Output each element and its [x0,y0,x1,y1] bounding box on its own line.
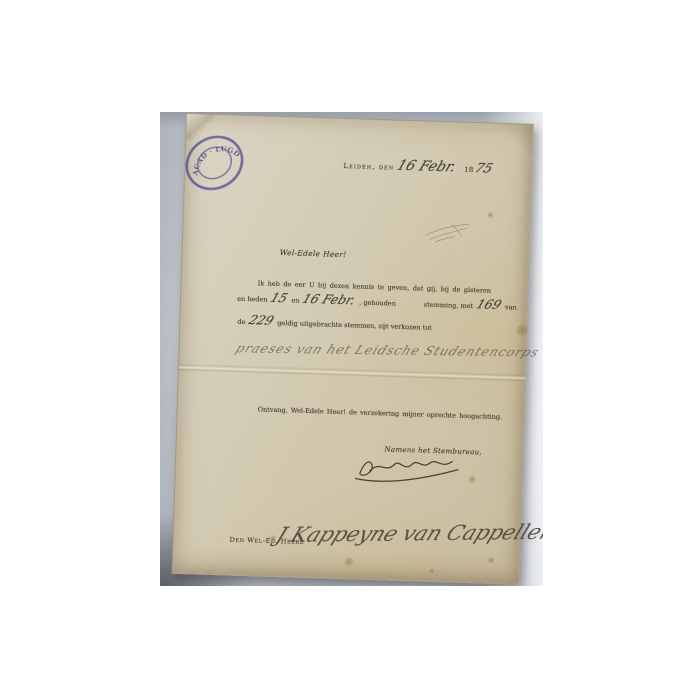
handwritten-date-16-febr: 16 Febr. [301,291,358,307]
foxing-spot [514,324,530,335]
foxing-spot [487,212,494,219]
blank-space [400,306,420,307]
body-text: en heden [237,295,268,304]
body-line-3: de 229 geldig uitgebrachte stemmen, zijt… [237,317,432,333]
foxing-spot [343,557,355,566]
dateline-year-handwritten: 75 [472,161,494,176]
body-line-1: Ik heb de eer U bij dezen kennis te geve… [258,279,492,294]
letter-paper: ACAD · LUGD · BAT ✦ Leiden, den 16 Febr.… [172,113,534,585]
letter-photograph: ACAD · LUGD · BAT ✦ Leiden, den 16 Febr.… [160,112,543,586]
handwritten-total-votes: 229 [247,312,276,328]
closing-line: Ontvang, Wel-Edele Heer! de verzekering … [258,405,503,421]
body-text: en [291,296,299,304]
addressee-name-handwritten: J Kappeyne van Cappellen [273,520,543,547]
body-text: geldig uitgebrachte stemmen, zijt verkoz… [277,319,432,332]
handwritten-vote-count: 169 [474,296,503,312]
body-text: , gehouden [359,299,396,308]
dateline-place: Leiden, den [343,162,394,172]
fold-crease [179,363,525,382]
foxing-spot [487,557,495,564]
paper-corner-shadow [498,124,533,155]
dateline: Leiden, den 16 Febr. 18 75 [343,156,492,177]
dateline-day-handwritten: 16 Febr. [394,158,458,176]
signature-scrawl [353,449,470,489]
university-ink-stamp-icon: ACAD · LUGD · BAT ✦ [180,134,250,196]
pencil-scribble [421,217,474,247]
handwritten-date-15: 15 [269,290,291,305]
body-text: van [505,303,517,311]
foxing-spot [429,568,435,574]
dateline-century-printed: 18 [464,166,473,174]
salutation: Wel-Edele Heer! [280,248,347,259]
body-text: de [237,318,245,326]
handwritten-elected-office: praeses van het Leidsche Studentencorps [233,340,541,359]
body-text: stemming, met [424,301,474,311]
body-line-2: en heden 15 en 16 Febr. , gehouden stemm… [237,294,517,313]
